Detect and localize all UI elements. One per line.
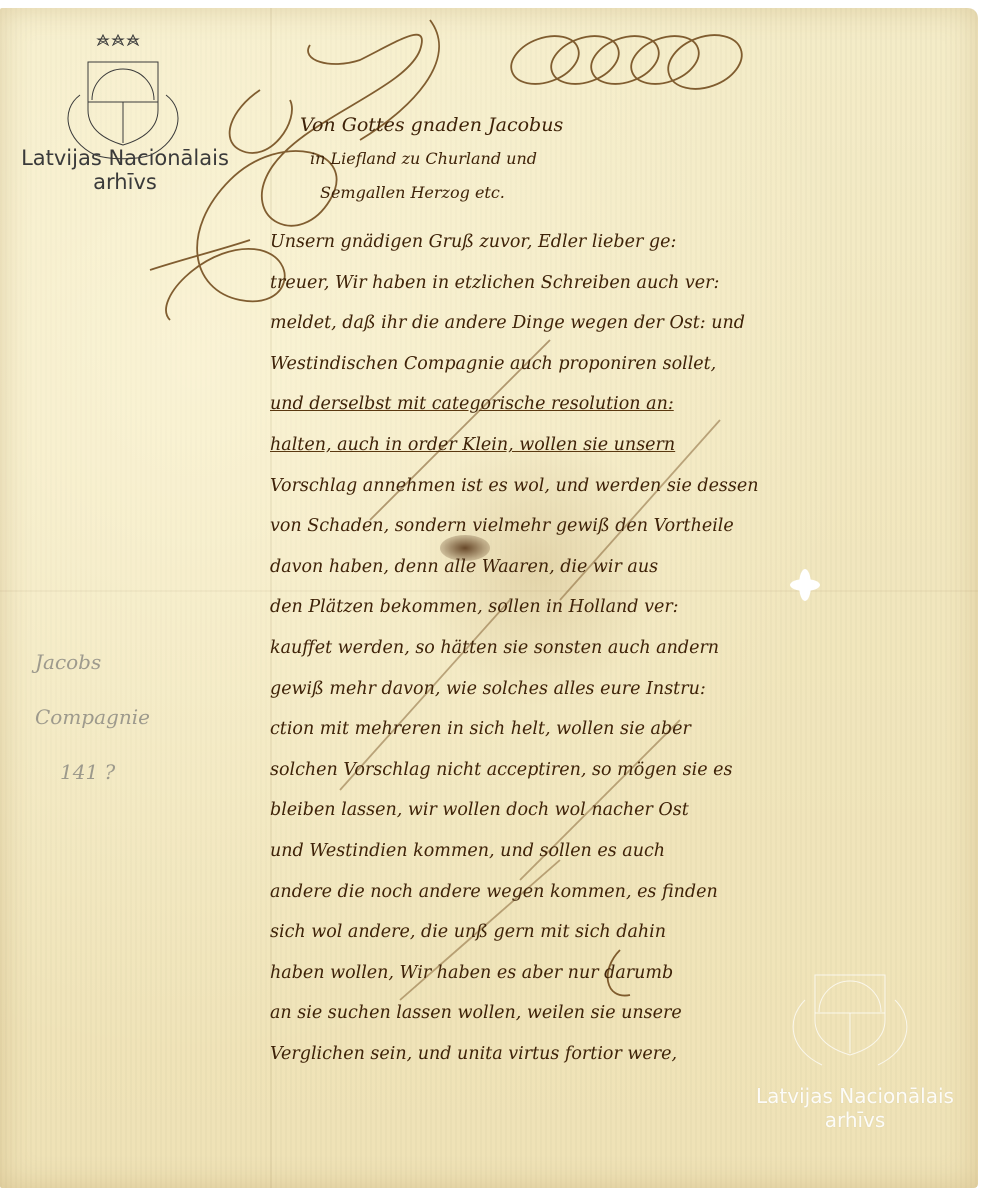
margin-pencil-notes: Jacobs Compagnie 141 ? (35, 635, 150, 800)
body-line: treuer, Wir haben in etzlichen Schreiben… (270, 263, 970, 304)
body-line: Vorschlag annehmen ist es wol, und werde… (270, 466, 970, 507)
body-line: Unsern gnädigen Gruß zuvor, Edler lieber… (270, 222, 970, 263)
body-line: bleiben lassen, wir wollen doch wol nach… (270, 790, 970, 831)
pencil-note: 141 ? (35, 745, 150, 800)
letter-body: Unsern gnädigen Gruß zuvor, Edler lieber… (270, 222, 970, 1074)
pencil-note: Compagnie (35, 690, 150, 745)
watermark-title: Latvijas Nacionālais (735, 1084, 975, 1108)
body-line: von Schaden, sondern vielmehr gewiß den … (270, 506, 970, 547)
body-line: Westindischen Compagnie auch proponiren … (270, 344, 970, 385)
body-line: meldet, daß ihr die andere Dinge wegen d… (270, 303, 970, 344)
body-line: ction mit mehreren in sich helt, wollen … (270, 709, 970, 750)
body-line: und Westindien kommen, und sollen es auc… (270, 831, 970, 872)
body-line: an sie suchen lassen wollen, weilen sie … (270, 993, 970, 1034)
watermark-subtitle: arhīvs (735, 1108, 975, 1132)
body-line: sich wol andere, die unß gern mit sich d… (270, 912, 970, 953)
archive-watermark-top: Latvijas Nacionālais arhīvs (10, 30, 240, 194)
watermark-subtitle: arhīvs (10, 170, 240, 194)
body-line: andere die noch andere wegen kommen, es … (270, 872, 970, 913)
body-line: davon haben, denn alle Waaren, die wir a… (270, 547, 970, 588)
body-line: den Plätzen bekommen, sollen in Holland … (270, 587, 970, 628)
heading-line: Semgallen Herzog etc. (300, 176, 860, 210)
body-line: haben wollen, Wir haben es aber nur daru… (270, 953, 970, 994)
heading-line: Von Gottes gnaden Jacobus (300, 108, 860, 142)
body-line: gewiß mehr davon, wie solches alles eure… (270, 669, 970, 710)
heading-line: in Liefland zu Churland und (300, 142, 860, 176)
latvia-coat-of-arms-icon (10, 30, 240, 140)
body-line: solchen Vorschlag nicht acceptiren, so m… (270, 750, 970, 791)
pencil-note: Jacobs (35, 635, 150, 690)
body-line-underlined: und derselbst mit categorische resolutio… (270, 384, 970, 425)
body-line: Verglichen sein, und unita virtus fortio… (270, 1034, 970, 1075)
letter-heading: Von Gottes gnaden Jacobus in Liefland zu… (300, 108, 860, 210)
watermark-title: Latvijas Nacionālais (10, 146, 240, 170)
body-line-underlined: halten, auch in order Klein, wollen sie … (270, 425, 970, 466)
body-line: kauffet werden, so hätten sie sonsten au… (270, 628, 970, 669)
